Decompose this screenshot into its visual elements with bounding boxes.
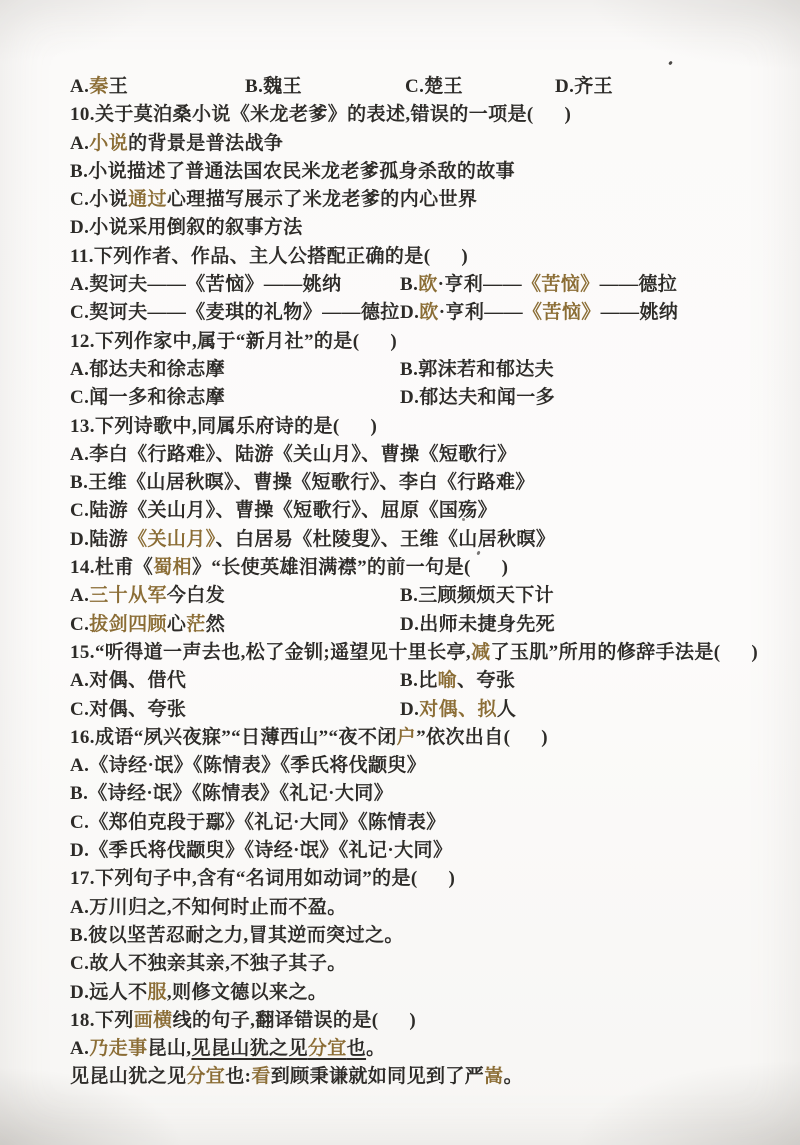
text-line: C.闻一多和徐志摩D.郁达夫和闻一多 [70, 384, 786, 412]
line-cell: A.小说的背景是普法战争 [70, 130, 283, 158]
line-cell: C.拔剑四顾心茫然 [70, 611, 400, 639]
text-segment: 见昆山犹之见 [191, 1038, 307, 1059]
text-segment: 分宜 [308, 1038, 347, 1059]
line-cell: B.欧·亨利——《苦恼》——德拉 [400, 271, 677, 299]
text-line: 13.下列诗歌中,同属乐府诗的是( ) [70, 413, 786, 441]
text-segment: B.郭沫若和郁达夫 [400, 359, 554, 380]
text-segment: ”依次出自( ) [416, 727, 548, 748]
line-cell: A.郁达夫和徐志摩 [70, 356, 400, 384]
scanned-page: A.秦王B.魏王C.楚王D.齐王10.关于莫泊桑小说《米龙老爹》的表述,错误的一… [0, 0, 800, 1145]
text-line: C.故人不独亲其亲,不独子其子。 [70, 950, 786, 978]
text-segment: A. [70, 585, 89, 606]
text-segment: 拔剑四顾 [89, 614, 167, 635]
text-line: C.《郑伯克段于鄢》《礼记·大同》《陈情表》 [70, 809, 786, 837]
line-cell: A.万川归之,不知何时止而不盈。 [70, 894, 347, 922]
text-line: A.对偶、借代B.比喻、夸张 [70, 667, 786, 695]
text-segment: 喻 [438, 670, 457, 691]
text-segment: 也 [347, 1038, 366, 1059]
text-segment: 通过 [128, 189, 167, 210]
text-segment: ——姚纳 [601, 302, 679, 323]
text-segment: 欧 [419, 302, 438, 323]
line-cell: C.闻一多和徐志摩 [70, 384, 400, 412]
text-line: 17.下列句子中,含有“名词用如动词”的是( ) [70, 865, 786, 893]
text-segment: D.远人不 [70, 982, 147, 1003]
text-segment: 小说 [89, 133, 128, 154]
text-segment: 也: [225, 1066, 251, 1087]
text-segment: 然 [206, 614, 225, 635]
line-cell: C.《郑伯克段于鄢》《礼记·大同》《陈情表》 [70, 809, 446, 837]
line-cell: B.王维《山居秋暝》、曹操《短歌行》、李白《行路难》 [70, 469, 535, 497]
scan-speck [668, 61, 673, 66]
text-segment: A. [70, 1038, 89, 1059]
text-segment: 13.下列诗歌中,同属乐府诗的是( ) [70, 416, 377, 437]
text-segment: A. [70, 133, 89, 154]
text-segment: B.三顾频烦天下计 [400, 585, 554, 606]
text-segment: C. [70, 614, 89, 635]
text-segment: 心 [167, 614, 186, 635]
text-segment: 心理描写展示了米龙老爹的内心世界 [167, 189, 477, 210]
text-segment: D.《季氏将伐颛臾》《诗经·氓》《礼记·大同》 [70, 840, 452, 861]
text-segment: 线的句子,翻译错误的是( ) [173, 1010, 417, 1031]
line-cell: 17.下列句子中,含有“名词用如动词”的是( ) [70, 865, 455, 893]
line-cell: A.乃走事昆山,见昆山犹之见分宜也。 [70, 1035, 385, 1063]
text-segment: 茫 [186, 614, 205, 635]
text-segment: A.郁达夫和徐志摩 [70, 359, 225, 380]
line-cell: A.《诗经·氓》《陈情表》《季氏将伐颛臾》 [70, 752, 426, 780]
text-segment: 。 [504, 1066, 523, 1087]
text-line: 12.下列作家中,属于“新月社”的是( ) [70, 328, 786, 356]
text-segment: C.故人不独亲其亲,不独子其子。 [70, 953, 347, 974]
text-segment: C.契诃夫——《麦琪的礼物》——德拉 [70, 302, 400, 323]
text-segment: 18.下列 [70, 1010, 134, 1031]
text-line: A.契诃夫——《苦恼》——姚纳B.欧·亨利——《苦恼》——德拉 [70, 271, 786, 299]
text-segment: D.郁达夫和闻一多 [400, 387, 555, 408]
line-cell: D.齐王 [555, 73, 613, 101]
text-segment: 见昆山犹之见 [70, 1066, 186, 1087]
line-cell: B.比喻、夸张 [400, 667, 515, 695]
line-cell: C.楚王 [405, 73, 555, 101]
line-cell: B.彼以坚苦忍耐之力,冒其逆而突过之。 [70, 922, 404, 950]
line-cell: C.故人不独亲其亲,不独子其子。 [70, 950, 347, 978]
text-segment: 画横 [134, 1010, 173, 1031]
text-line: C.拔剑四顾心茫然D.出师未捷身先死 [70, 611, 786, 639]
line-cell: C.对偶、夸张 [70, 696, 400, 724]
text-segment: 人 [497, 699, 516, 720]
text-segment: 了玉肌”所用的修辞手法是( ) [490, 642, 758, 663]
text-segment: 王 [109, 76, 128, 97]
text-segment: B.《诗经·氓》《陈情表》《礼记·大同》 [70, 783, 393, 804]
text-segment: 看 [251, 1066, 270, 1087]
text-segment: B.王维《山居秋暝》、曹操《短歌行》、李白《行路难》 [70, 472, 535, 493]
text-segment: 到顾秉谦就如同见到了严 [271, 1066, 484, 1087]
text-segment: 乃走事 [89, 1038, 147, 1059]
text-segment: 分宜 [186, 1066, 225, 1087]
line-cell: C.陆游《关山月》、曹操《短歌行》、屈原《国殇》 [70, 497, 497, 525]
text-line: 15.“听得道一声去也,松了金钏;遥望见十里长亭,减了玉肌”所用的修辞手法是( … [70, 639, 786, 667]
text-segment: ,则修文德以来之。 [167, 982, 327, 1003]
text-segment: B.比 [400, 670, 438, 691]
text-segment: 》“长使英雄泪满襟”的前一句是( ) [192, 557, 508, 578]
text-segment: D. [400, 302, 419, 323]
text-segment: B.彼以坚苦忍耐之力,冒其逆而突过之。 [70, 925, 404, 946]
text-line: A.万川归之,不知何时止而不盈。 [70, 894, 786, 922]
text-line: D.《季氏将伐颛臾》《诗经·氓》《礼记·大同》 [70, 837, 786, 865]
line-cell: C.契诃夫——《麦琪的礼物》——德拉 [70, 299, 400, 327]
line-cell: D.出师未捷身先死 [400, 611, 555, 639]
line-cell: C.小说通过心理描写展示了米龙老爹的内心世界 [70, 186, 477, 214]
text-segment: ——德拉 [600, 274, 678, 295]
text-segment: ·亨利—— [439, 302, 523, 323]
line-cell: B.《诗经·氓》《陈情表》《礼记·大同》 [70, 780, 393, 808]
line-cell: D.郁达夫和闻一多 [400, 384, 555, 412]
line-cell: D.陆游《关山月》、白居易《杜陵叟》、王维《山居秋暝》 [70, 526, 555, 554]
text-segment: 嵩 [484, 1066, 503, 1087]
text-line: 10.关于莫泊桑小说《米龙老爹》的表述,错误的一项是( ) [70, 101, 786, 129]
line-cell: 18.下列画横线的句子,翻译错误的是( ) [70, 1007, 416, 1035]
text-segment: 服 [147, 982, 166, 1003]
text-line: B.王维《山居秋暝》、曹操《短歌行》、李白《行路难》 [70, 469, 786, 497]
text-segment: 14.杜甫《 [70, 557, 153, 578]
text-segment: 16.成语“夙兴夜寐”“日薄西山”“夜不闭 [70, 727, 397, 748]
text-segment: B.小说描述了普通法国农民米龙老爹孤身杀敌的故事 [70, 161, 515, 182]
line-cell: 12.下列作家中,属于“新月社”的是( ) [70, 328, 397, 356]
text-line: D.陆游《关山月》、白居易《杜陵叟》、王维《山居秋暝》 [70, 526, 786, 554]
text-line: C.对偶、夸张D.对偶、拟人 [70, 696, 786, 724]
text-segment: D. [400, 699, 419, 720]
text-segment: C.《郑伯克段于鄢》《礼记·大同》《陈情表》 [70, 812, 446, 833]
line-cell: D.远人不服,则修文德以来之。 [70, 979, 327, 1007]
text-segment: A.对偶、借代 [70, 670, 186, 691]
text-segment: 。 [366, 1038, 385, 1059]
text-line: C.陆游《关山月》、曹操《短歌行》、屈原《国殇》 [70, 497, 786, 525]
text-segment: A.李白《行路难》、陆游《关山月》、曹操《短歌行》 [70, 444, 516, 465]
text-segment: ·亨利—— [438, 274, 522, 295]
line-cell: 11.下列作者、作品、主人公搭配正确的是( ) [70, 243, 468, 271]
line-cell: A.对偶、借代 [70, 667, 400, 695]
text-segment: 秦 [89, 76, 108, 97]
text-segment: D.小说采用倒叙的叙事方法 [70, 217, 303, 238]
text-line: 11.下列作者、作品、主人公搭配正确的是( ) [70, 243, 786, 271]
line-cell: D.欧·亨利——《苦恼》——姚纳 [400, 299, 678, 327]
page-content: A.秦王B.魏王C.楚王D.齐王10.关于莫泊桑小说《米龙老爹》的表述,错误的一… [70, 73, 786, 1092]
text-line: B.彼以坚苦忍耐之力,冒其逆而突过之。 [70, 922, 786, 950]
text-segment: A.万川归之,不知何时止而不盈。 [70, 897, 347, 918]
text-segment: D.出师未捷身先死 [400, 614, 555, 635]
text-line: A.郁达夫和徐志摩B.郭沫若和郁达夫 [70, 356, 786, 384]
text-line: B.《诗经·氓》《陈情表》《礼记·大同》 [70, 780, 786, 808]
text-line: 见昆山犹之见分宜也:看到顾秉谦就如同见到了严嵩。 [70, 1063, 786, 1091]
text-line: A.秦王B.魏王C.楚王D.齐王 [70, 73, 786, 101]
text-segment: 、白居易《杜陵叟》、王维《山居秋暝》 [216, 529, 556, 550]
text-segment: 15.“听得道一声去也,松了金钏;遥望见十里长亭, [70, 642, 471, 663]
text-segment: 12.下列作家中,属于“新月社”的是( ) [70, 331, 397, 352]
text-segment: A. [70, 76, 89, 97]
line-cell: B.小说描述了普通法国农民米龙老爹孤身杀敌的故事 [70, 158, 515, 186]
text-segment: 的背景是普法战争 [128, 133, 283, 154]
line-cell: A.李白《行路难》、陆游《关山月》、曹操《短歌行》 [70, 441, 516, 469]
line-cell: 见昆山犹之见分宜也:看到顾秉谦就如同见到了严嵩。 [70, 1063, 523, 1091]
text-segment: 减 [471, 642, 490, 663]
text-segment: 蜀相 [153, 557, 192, 578]
line-cell: D.小说采用倒叙的叙事方法 [70, 214, 303, 242]
line-cell: A.契诃夫——《苦恼》——姚纳 [70, 271, 400, 299]
text-line: A.李白《行路难》、陆游《关山月》、曹操《短歌行》 [70, 441, 786, 469]
text-segment: C.陆游《关山月》、曹操《短歌行》、屈原《国殇》 [70, 500, 497, 521]
line-cell: 13.下列诗歌中,同属乐府诗的是( ) [70, 413, 377, 441]
text-segment: B.魏王 [245, 76, 302, 97]
text-line: C.契诃夫——《麦琪的礼物》——德拉D.欧·亨利——《苦恼》——姚纳 [70, 299, 786, 327]
line-cell: A.三十从军今白发 [70, 582, 400, 610]
text-segment: D.陆游 [70, 529, 128, 550]
text-segment: 今白发 [167, 585, 225, 606]
line-cell: 14.杜甫《蜀相》“长使英雄泪满襟”的前一句是( ) [70, 554, 508, 582]
text-segment: 户 [397, 727, 416, 748]
text-segment: 三十从军 [89, 585, 167, 606]
text-line: 16.成语“夙兴夜寐”“日薄西山”“夜不闭户”依次出自( ) [70, 724, 786, 752]
text-segment: 昆山, [147, 1038, 191, 1059]
text-line: A.《诗经·氓》《陈情表》《季氏将伐颛臾》 [70, 752, 786, 780]
text-segment: 、夸张 [457, 670, 515, 691]
text-segment: 10.关于莫泊桑小说《米龙老爹》的表述,错误的一项是( ) [70, 104, 571, 125]
text-line: 14.杜甫《蜀相》“长使英雄泪满襟”的前一句是( ) [70, 554, 786, 582]
line-cell: 15.“听得道一声去也,松了金钏;遥望见十里长亭,减了玉肌”所用的修辞手法是( … [70, 639, 758, 667]
text-segment: C.楚王 [405, 76, 463, 97]
text-line: D.远人不服,则修文德以来之。 [70, 979, 786, 1007]
text-segment: 17.下列句子中,含有“名词用如动词”的是( ) [70, 868, 455, 889]
line-cell: B.魏王 [245, 73, 405, 101]
line-cell: B.三顾频烦天下计 [400, 582, 554, 610]
text-segment: D.齐王 [555, 76, 613, 97]
text-line: A.三十从军今白发B.三顾频烦天下计 [70, 582, 786, 610]
text-segment: 《苦恼》 [522, 274, 600, 295]
line-cell: D.对偶、拟人 [400, 696, 516, 724]
text-segment: 欧 [418, 274, 437, 295]
text-line: 18.下列画横线的句子,翻译错误的是( ) [70, 1007, 786, 1035]
text-line: D.小说采用倒叙的叙事方法 [70, 214, 786, 242]
line-cell: 16.成语“夙兴夜寐”“日薄西山”“夜不闭户”依次出自( ) [70, 724, 548, 752]
line-cell: B.郭沫若和郁达夫 [400, 356, 554, 384]
text-segment: B. [400, 274, 418, 295]
text-line: A.乃走事昆山,见昆山犹之见分宜也。 [70, 1035, 786, 1063]
text-segment: A.《诗经·氓》《陈情表》《季氏将伐颛臾》 [70, 755, 426, 776]
text-segment: 《苦恼》 [523, 302, 601, 323]
text-segment: 对偶、拟 [419, 699, 497, 720]
text-segment: C.闻一多和徐志摩 [70, 387, 225, 408]
line-cell: A.秦王 [70, 73, 245, 101]
text-line: C.小说通过心理描写展示了米龙老爹的内心世界 [70, 186, 786, 214]
text-line: B.小说描述了普通法国农民米龙老爹孤身杀敌的故事 [70, 158, 786, 186]
line-cell: 10.关于莫泊桑小说《米龙老爹》的表述,错误的一项是( ) [70, 101, 571, 129]
text-segment: C.小说 [70, 189, 128, 210]
text-segment: 《关山月》 [128, 529, 216, 550]
line-cell: D.《季氏将伐颛臾》《诗经·氓》《礼记·大同》 [70, 837, 452, 865]
text-line: A.小说的背景是普法战争 [70, 130, 786, 158]
text-segment: A.契诃夫——《苦恼》——姚纳 [70, 274, 341, 295]
text-segment: C.对偶、夸张 [70, 699, 186, 720]
text-segment: 11.下列作者、作品、主人公搭配正确的是( ) [70, 246, 468, 267]
